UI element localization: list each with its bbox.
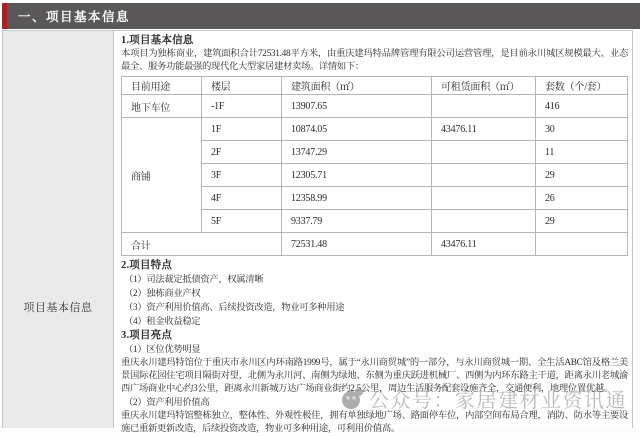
table-total-row: 合计 72531.48 43476.11 [122, 233, 628, 256]
cell-total-area: 72531.48 [282, 233, 432, 256]
cell-total-label: 合计 [122, 233, 282, 256]
content-cell: 1.项目基本信息 本项目为独栋商业，建筑面积合计72531.48平方米，由重庆建… [114, 31, 633, 428]
cell-units: 30 [536, 118, 628, 141]
cell-rentable [432, 141, 536, 164]
table-header-row: 目前用途 楼层 建筑面积（㎡） 可租赁面积（㎡） 套数（个/套） [122, 77, 628, 95]
basic-info-heading: 1.项目基本信息 [121, 34, 628, 48]
cell-total-rentable: 43476.11 [432, 233, 536, 256]
cell-units: 11 [536, 141, 628, 164]
cell-floor: -1F [202, 95, 282, 118]
cell-rentable [432, 187, 536, 210]
cell-floor: 2F [202, 141, 282, 164]
cell-units: 29 [536, 210, 628, 233]
basic-info-intro: 本项目为独栋商业，建筑面积合计72531.48平方米，由重庆建玛特品牌管理有限公… [121, 48, 628, 74]
cell-area: 10874.05 [282, 118, 432, 141]
highlight-text: 重庆永川建玛特馆整栋独立，整体性、外观性极佳，拥有单独绿地广场、路面停车位，内部… [121, 410, 628, 428]
cell-floor: 3F [202, 164, 282, 187]
cell-units: 416 [536, 95, 628, 118]
cell-rentable: 43476.11 [432, 118, 536, 141]
cell-use-merged: 商铺 [122, 118, 202, 233]
side-label: 项目基本信息 [3, 299, 113, 315]
cell-area: 12358.99 [282, 187, 432, 210]
table-row: 地下车位 -1F 13907.65 416 [122, 95, 628, 118]
cell-use: 地下车位 [122, 95, 202, 118]
floor-area-table: 目前用途 楼层 建筑面积（㎡） 可租赁面积（㎡） 套数（个/套） 地下车位 -1… [121, 76, 628, 256]
highlight-text: 重庆永川建玛特馆位于重庆市永川区内环南路1999号，属于“永川商贸城”的一部分，… [121, 357, 628, 396]
cell-area: 13747.29 [282, 141, 432, 164]
col-header-units: 套数（个/套） [536, 77, 628, 95]
document-table: 项目基本信息 1.项目基本信息 本项目为独栋商业，建筑面积合计72531.48平… [2, 30, 633, 428]
feature-item: （2）独栋商业产权 [121, 287, 628, 301]
features-heading: 2.项目特点 [121, 259, 628, 273]
cell-rentable [432, 210, 536, 233]
col-header-use: 目前用途 [122, 77, 202, 95]
highlight-title: （1）区位优势明显 [121, 343, 628, 357]
cell-floor: 4F [202, 187, 282, 210]
cell-units: 29 [536, 164, 628, 187]
highlight-title: （2）资产利用价值高 [121, 396, 628, 410]
cell-floor: 5F [202, 210, 282, 233]
section-header-bar: 一、项目基本信息 [2, 3, 640, 29]
feature-item: （3）资产利用价值高、后续投资改造，物业可多种用途 [121, 301, 628, 315]
col-header-rentable: 可租赁面积（㎡） [432, 77, 536, 95]
cell-total-units [536, 233, 628, 256]
cell-area: 9337.79 [282, 210, 432, 233]
side-header-cell: 项目基本信息 [3, 31, 114, 428]
feature-item: （4）租金收益稳定 [121, 315, 628, 329]
cell-area: 12305.71 [282, 164, 432, 187]
red-accent-stripe [2, 3, 7, 29]
highlights-heading: 3.项目亮点 [121, 329, 628, 343]
cell-rentable [432, 95, 536, 118]
section-title: 一、项目基本信息 [18, 7, 130, 25]
cell-units: 26 [536, 187, 628, 210]
cell-area: 13907.65 [282, 95, 432, 118]
table-row: 商铺 1F 10874.05 43476.11 30 [122, 118, 628, 141]
cell-rentable [432, 164, 536, 187]
col-header-floor: 楼层 [202, 77, 282, 95]
feature-item: （1）司法裁定抵债资产，权属清晰 [121, 273, 628, 287]
cell-floor: 1F [202, 118, 282, 141]
col-header-area: 建筑面积（㎡） [282, 77, 432, 95]
